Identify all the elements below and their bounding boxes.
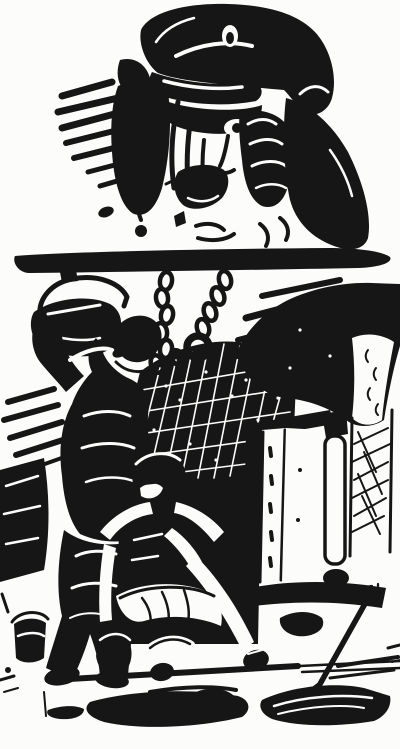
bail-knob [60, 270, 78, 283]
ink-dot [135, 225, 147, 237]
door-panel [282, 428, 322, 582]
two-panel-ink-illustration [0, 0, 400, 749]
shovel [260, 602, 398, 725]
illustration-page [0, 0, 400, 749]
left-shadow-patch [0, 458, 49, 582]
bucket [12, 613, 48, 663]
nose-line [220, 136, 228, 166]
door-face-edges [350, 410, 392, 556]
stokehold-scene-panel [0, 270, 400, 727]
overhead-beam [14, 248, 390, 273]
left-floor-hatching [0, 389, 70, 582]
coal-lumps [280, 612, 323, 636]
door-face-hatch [352, 428, 390, 534]
officer-portrait-panel [58, 4, 369, 249]
door-hinge-bar [325, 436, 345, 564]
furnace-door [242, 410, 392, 644]
raised-hand [239, 98, 369, 249]
chin-wedge [174, 211, 186, 227]
hatch-blob [97, 205, 115, 220]
shoulder-mass [284, 98, 369, 249]
shovel-handle [320, 602, 366, 684]
chain-right [195, 270, 233, 338]
collar-marks [196, 218, 288, 246]
